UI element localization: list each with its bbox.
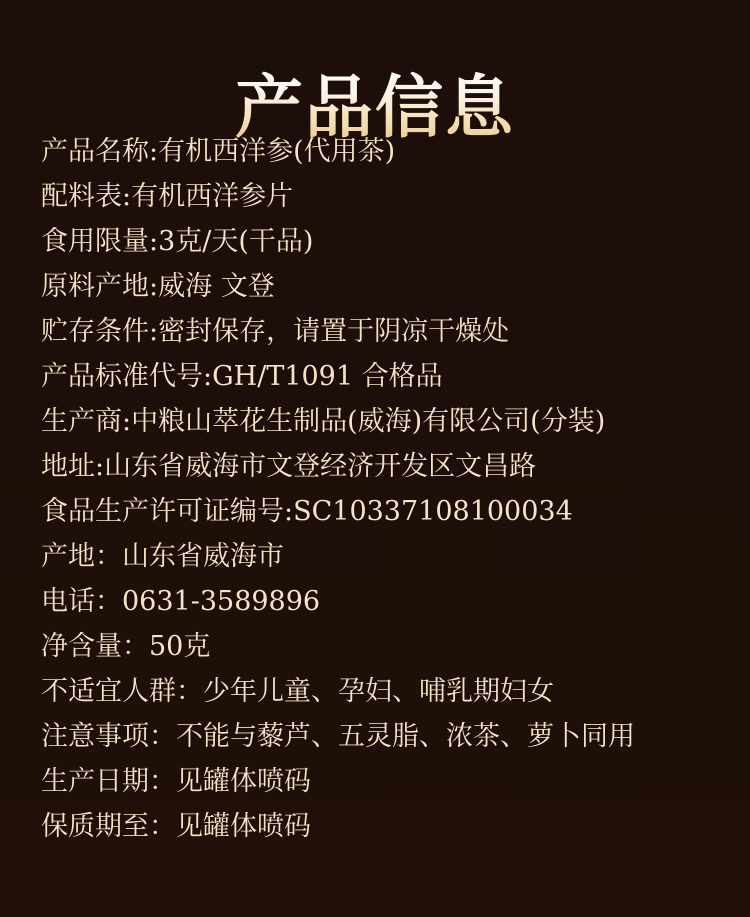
row-value: 见罐体喷码: [176, 766, 311, 797]
info-row-address: 地址:山东省威海市文登经济开发区文昌路: [41, 444, 731, 489]
row-label: 净含量：: [41, 631, 149, 662]
row-label: 地址:: [41, 451, 104, 482]
info-row-precautions: 注意事项：不能与藜芦、五灵脂、浓茶、萝卜同用: [41, 714, 731, 759]
info-row-production-date: 生产日期：见罐体喷码: [41, 759, 731, 804]
info-row-origin: 产地：山东省威海市: [41, 534, 731, 579]
info-row-standard-code: 产品标准代号:GH/T1091 合格品: [41, 354, 731, 399]
row-label: 产品名称:: [41, 136, 158, 167]
row-value: 山东省威海市: [122, 541, 284, 572]
row-label: 生产日期：: [41, 766, 176, 797]
row-value: GH/T1091 合格品: [212, 361, 443, 392]
row-label: 生产商:: [41, 406, 131, 437]
info-row-unsuitable-groups: 不适宜人群：少年儿童、孕妇、哺乳期妇女: [41, 669, 731, 714]
product-info-list: 产品名称:有机西洋参(代用茶) 配料表:有机西洋参片 食用限量:3克/天(干品)…: [41, 129, 731, 849]
info-row-expiry-date: 保质期至：见罐体喷码: [41, 804, 731, 849]
row-value: 50克: [149, 631, 210, 662]
info-row-storage: 贮存条件:密封保存，请置于阴凉干燥处: [41, 309, 731, 354]
row-label: 电话：: [41, 586, 122, 617]
info-row-raw-material-origin: 原料产地:威海 文登: [41, 264, 731, 309]
info-row-phone: 电话：0631-3589896: [41, 579, 731, 624]
row-value: 不能与藜芦、五灵脂、浓茶、萝卜同用: [176, 721, 635, 752]
row-value: SC10337108100034: [293, 496, 573, 527]
row-label: 原料产地:: [41, 271, 158, 302]
info-row-product-name: 产品名称:有机西洋参(代用茶): [41, 129, 731, 174]
row-value: 少年儿童、孕妇、哺乳期妇女: [203, 676, 554, 707]
row-value: 中粮山萃花生制品(威海)有限公司(分装): [131, 406, 605, 437]
row-value: 密封保存，请置于阴凉干燥处: [158, 316, 509, 347]
row-label: 不适宜人群：: [41, 676, 203, 707]
row-label: 配料表:: [41, 181, 131, 212]
row-label: 保质期至：: [41, 811, 176, 842]
row-label: 食用限量:: [41, 226, 158, 257]
row-value: 威海 文登: [158, 271, 275, 302]
row-label: 注意事项：: [41, 721, 176, 752]
info-row-net-content: 净含量：50克: [41, 624, 731, 669]
row-value: 0631-3589896: [122, 586, 320, 617]
product-info-page: 产品信息 产品名称:有机西洋参(代用茶) 配料表:有机西洋参片 食用限量:3克/…: [0, 0, 750, 917]
row-value: 有机西洋参片: [131, 181, 293, 212]
row-value: 山东省威海市文登经济开发区文昌路: [104, 451, 536, 482]
info-row-ingredients: 配料表:有机西洋参片: [41, 174, 731, 219]
row-value: 有机西洋参(代用茶): [158, 136, 395, 167]
row-label: 产品标准代号:: [41, 361, 212, 392]
info-row-license-number: 食品生产许可证编号:SC10337108100034: [41, 489, 731, 534]
row-label: 产地：: [41, 541, 122, 572]
row-label: 食品生产许可证编号:: [41, 496, 293, 527]
info-row-manufacturer: 生产商:中粮山萃花生制品(威海)有限公司(分装): [41, 399, 731, 444]
row-value: 3克/天(干品): [158, 226, 313, 257]
row-label: 贮存条件:: [41, 316, 158, 347]
row-value: 见罐体喷码: [176, 811, 311, 842]
info-row-consumption-limit: 食用限量:3克/天(干品): [41, 219, 731, 264]
